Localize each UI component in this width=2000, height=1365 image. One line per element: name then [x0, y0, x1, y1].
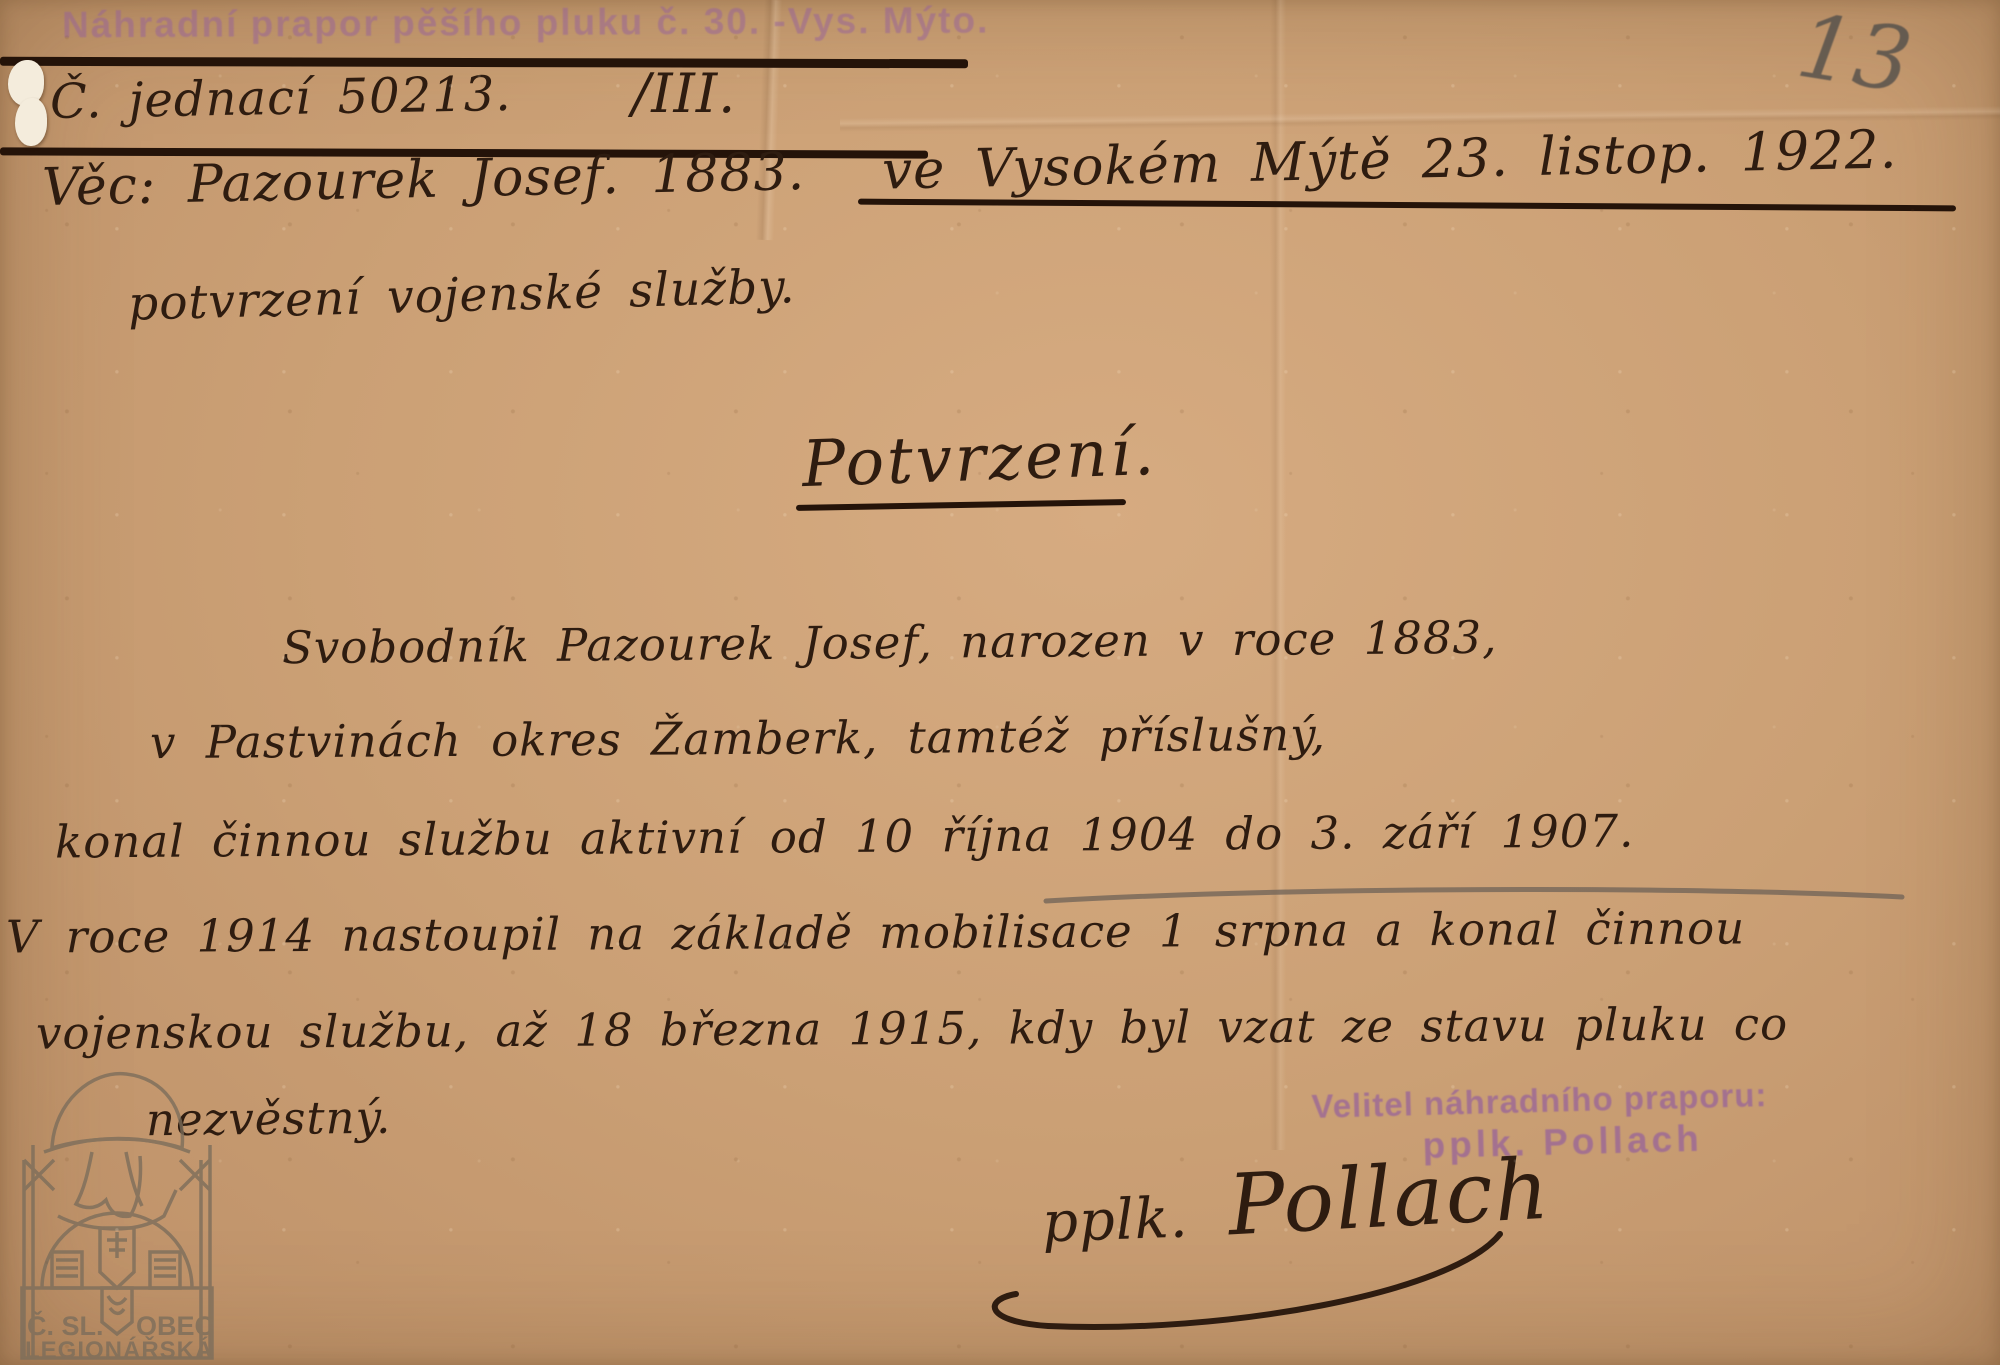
body-line: v Pastvinách okres Žamberk, tamtéž přísl… — [150, 708, 1326, 769]
left-shield — [52, 1252, 82, 1288]
pencil-underline — [1040, 882, 1910, 908]
signature-flourish — [952, 1212, 1522, 1357]
frame-braces — [24, 1160, 210, 1190]
document-title: Potvrzení. — [801, 416, 1158, 502]
pencil-folio: 13 — [1791, 0, 1920, 113]
file-number: Č. jednací 50213. — [50, 66, 512, 130]
unit-stamp: Náhradní prapor pěšího pluku č. 30. -Vys… — [62, 0, 990, 46]
paper-hole — [15, 98, 47, 146]
body-line: vojenskou službu, až 18 března 1915, kdy… — [36, 997, 1788, 1059]
right-shield — [150, 1252, 180, 1288]
document-scan: Náhradní prapor pěšího pluku č. 30. -Vys… — [0, 0, 2000, 1365]
body-line: Svobodník Pazourek Josef, narozen v roce… — [282, 611, 1498, 675]
title-underline — [796, 499, 1126, 511]
subject-line: potvrzení vojenské služby. — [127, 259, 796, 331]
body-line: V roce 1914 nastoupil na základě mobilis… — [6, 901, 1745, 963]
section-mark: /III. — [632, 62, 736, 125]
shoulder — [58, 1190, 176, 1229]
soldier-face — [76, 1152, 141, 1216]
body-line: konal činnou službu aktivní od 10 října … — [55, 804, 1635, 868]
date-underline — [858, 199, 1956, 212]
watermark-line2: LEGIONÁŘSKÁ — [25, 1336, 213, 1364]
dateline: ve Vysokém Mýtě 23. listop. 1922. — [881, 119, 1897, 201]
legionnaire-watermark: Č. SL. OBEC LEGIONÁŘSKÁ — [14, 1040, 220, 1365]
lion-shield — [102, 1288, 132, 1334]
cross — [107, 1232, 127, 1258]
